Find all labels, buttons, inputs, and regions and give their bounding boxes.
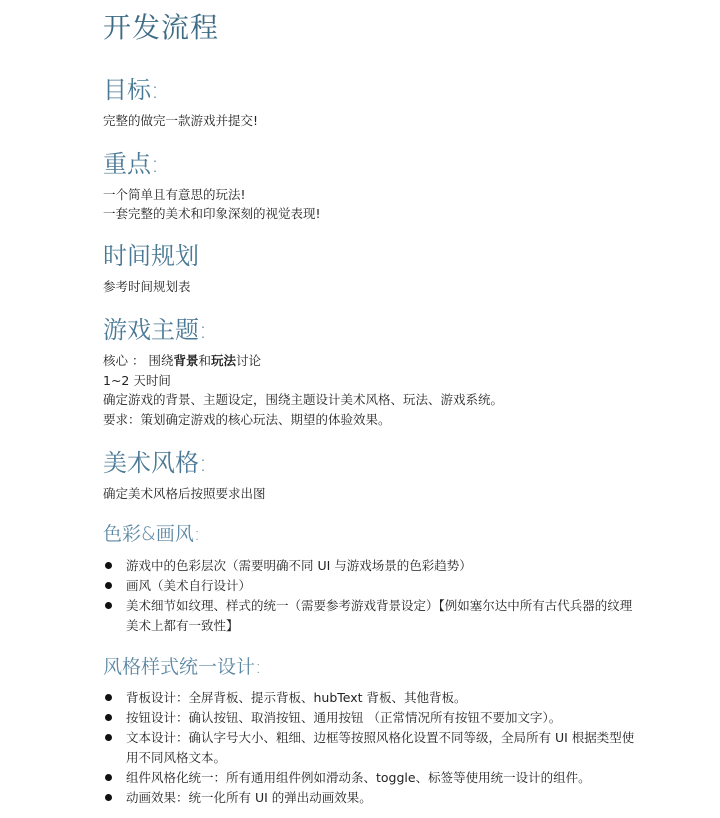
core-bold-gameplay: 玩法 bbox=[211, 353, 236, 368]
list-item: 按钮设计：确认按钮、取消按钮、通用按钮 （正常情况所有按钮不要加文字）。 bbox=[103, 708, 643, 728]
core-mid: 和 bbox=[198, 353, 211, 368]
theme-line-3: 要求：策划确定游戏的核心玩法、期望的体验效果。 bbox=[103, 410, 391, 429]
theme-heading: 游戏主题: bbox=[103, 310, 207, 345]
core-prefix: 核心 ： 围绕 bbox=[103, 353, 173, 368]
focus-line-1: 一个简单且有意思的玩法! bbox=[103, 185, 246, 204]
focus-line-2: 一套完整的美术和印象深刻的视觉表现! bbox=[103, 204, 321, 223]
page-title: 开发流程 bbox=[103, 6, 219, 46]
color-heading: 色彩&画风: bbox=[103, 519, 200, 546]
list-item: 动画效果：统一化所有 UI 的弹出动画效果。 bbox=[103, 788, 643, 808]
art-style-heading: 美术风格: bbox=[103, 443, 207, 478]
schedule-text: 参考时间规划表 bbox=[103, 277, 191, 296]
core-bold-background: 背景 bbox=[173, 353, 198, 368]
schedule-heading: 时间规划 bbox=[103, 236, 199, 271]
theme-line-2: 确定游戏的背景、主题设定，围绕主题设计美术风格、玩法、游戏系统。 bbox=[103, 390, 503, 409]
goal-heading: 目标: bbox=[103, 70, 159, 105]
color-list: 游戏中的色彩层次（需要明确不同 UI 与游戏场景的色彩趋势） 画风（美术自行设计… bbox=[103, 556, 643, 636]
list-item: 组件风格化统一：所有通用组件例如滑动条、toggle、标签等使用统一设计的组件。 bbox=[103, 768, 643, 788]
list-item: 美术细节如纹理、样式的统一（需要参考游戏背景设定）【例如塞尔达中所有古代兵器的纹… bbox=[103, 596, 643, 636]
core-suffix: 讨论 bbox=[236, 353, 261, 368]
unified-list: 背板设计：全屏背板、提示背板、hubText 背板、其他背板。 按钮设计：确认按… bbox=[103, 688, 643, 808]
goal-text: 完整的做完一款游戏并提交! bbox=[103, 111, 258, 130]
unified-heading: 风格样式统一设计: bbox=[103, 652, 261, 679]
focus-heading: 重点: bbox=[103, 144, 159, 179]
list-item: 文本设计：确认字号大小、粗细、边框等按照风格化设置不同等级，全局所有 UI 根据… bbox=[103, 728, 643, 768]
theme-core-line: 核心 ： 围绕背景和玩法讨论 bbox=[103, 351, 261, 370]
list-item: 游戏中的色彩层次（需要明确不同 UI 与游戏场景的色彩趋势） bbox=[103, 556, 643, 576]
list-item: 画风（美术自行设计） bbox=[103, 576, 643, 596]
theme-line-1: 1~2 天时间 bbox=[103, 371, 171, 390]
list-item: 背板设计：全屏背板、提示背板、hubText 背板、其他背板。 bbox=[103, 688, 643, 708]
art-style-text: 确定美术风格后按照要求出图 bbox=[103, 484, 266, 503]
